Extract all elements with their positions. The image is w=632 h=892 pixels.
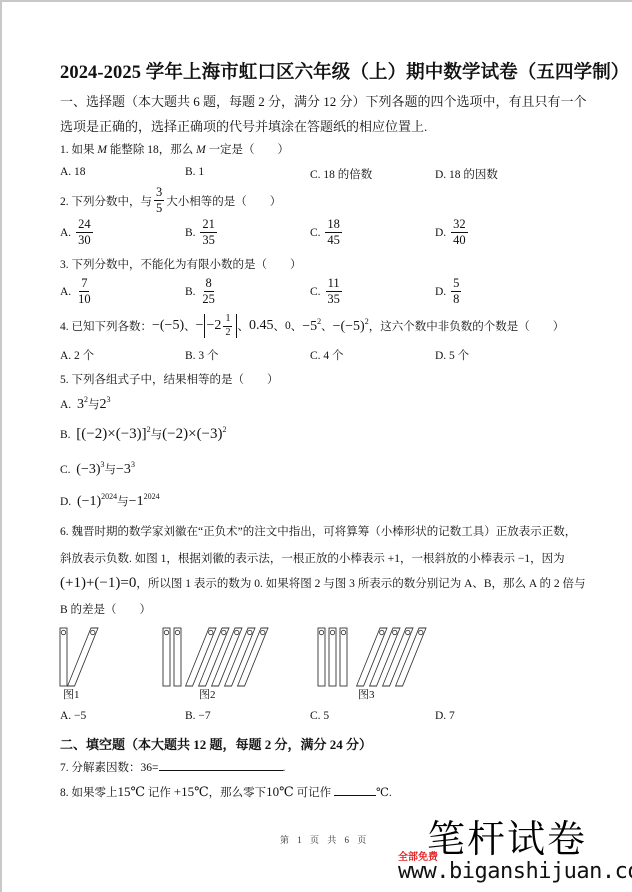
q8-text: 可记作: [294, 787, 334, 799]
q6-option-c: C. 5: [310, 710, 329, 722]
figure-3-label: 图3: [358, 686, 375, 702]
exam-page: 2024-2025 学年上海市虹口区六年级（上）期中数学试卷（五四学制） 一、选…: [2, 2, 632, 892]
q6-option-d: D. 7: [435, 710, 455, 722]
figure-1: [60, 628, 98, 686]
figure-1-label: 图1: [63, 686, 80, 702]
figure-2-label: 图2: [199, 686, 216, 702]
question-7: 7. 分解素因数：36=.: [60, 759, 285, 775]
q8-prefix: 8. 如果零上: [60, 787, 118, 799]
question-8: 8. 如果零上15℃ 记作 +15℃，那么零下10℃ 可记作 ℃.: [60, 784, 392, 800]
q8-value-3: 10℃: [266, 784, 294, 799]
q7-answer-blank[interactable]: [159, 759, 283, 771]
q6-option-b: B. −7: [185, 710, 211, 722]
q7-suffix: .: [283, 762, 286, 774]
watermark-brand: 笔杆试卷: [427, 808, 587, 863]
q8-value-1: 15℃: [118, 784, 146, 799]
watermark-url: www.biganshijuan.com: [398, 859, 632, 884]
q8-suffix: ℃.: [376, 787, 392, 799]
q8-text: 记作: [145, 787, 174, 799]
q6-option-a: A. −5: [60, 710, 86, 722]
figure-2: [163, 628, 268, 686]
figure-3: [318, 628, 426, 686]
page-number: 第 1 页 共 6 页: [280, 833, 369, 846]
q8-value-2: +15℃: [174, 784, 209, 799]
section2-heading: 二、填空题（本大题共 12 题，每题 2 分，满分 24 分）: [60, 734, 372, 753]
q8-answer-blank[interactable]: [334, 784, 376, 796]
q8-text: ，那么零下: [209, 787, 267, 799]
q7-prefix: 7. 分解素因数：36=: [60, 762, 159, 774]
